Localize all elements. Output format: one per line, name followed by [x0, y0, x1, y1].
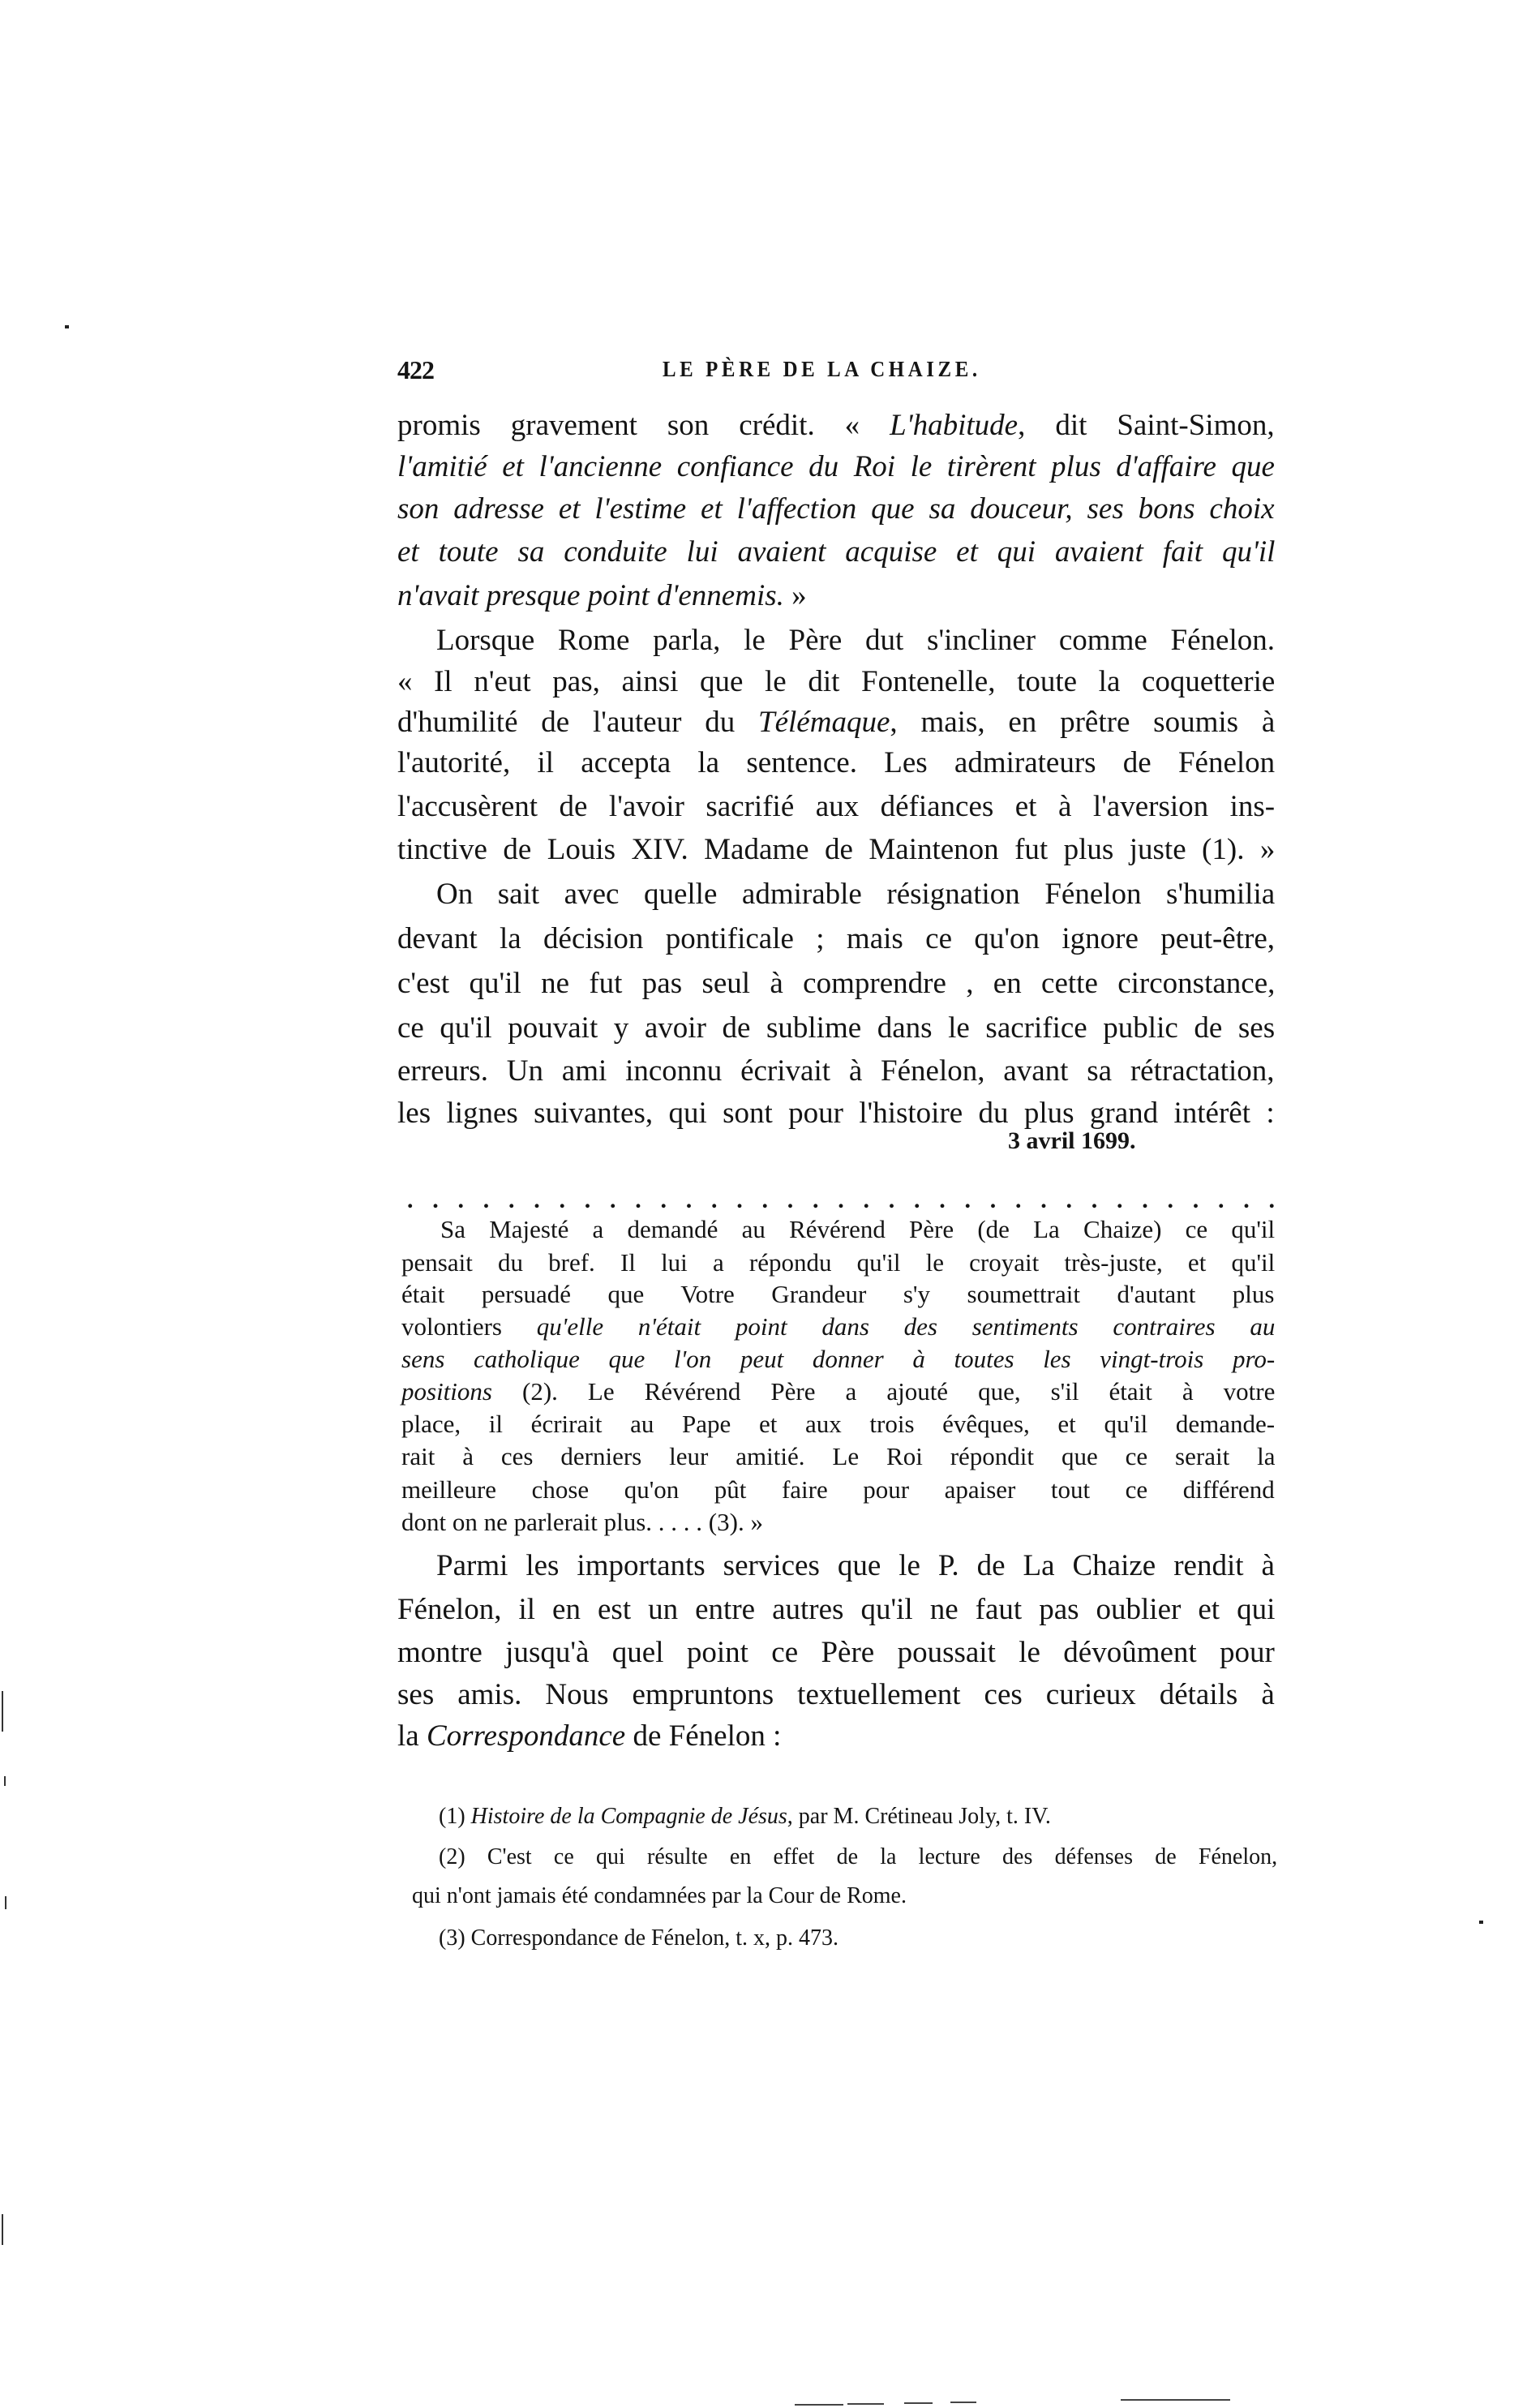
text: place, il écrirait au Pape et aux trois …: [401, 1410, 1275, 1438]
letter-date: 3 avril 1699.: [1008, 1126, 1136, 1157]
margin-mark: [2, 2214, 3, 2245]
text: promis gravement son crédit. «: [397, 409, 890, 442]
italic-text: qu'elle n'était point dans des sentiment…: [537, 1312, 1276, 1341]
letter-line-9: meilleure chose qu'on pût faire pour apa…: [401, 1474, 1275, 1505]
text: (2). Le Révérend Père a ajouté que, s'il…: [492, 1377, 1275, 1406]
text: « Il n'eut pas, ainsi que le dit Fontene…: [397, 665, 1275, 698]
text: ses amis. Nous empruntons textuellement …: [397, 1678, 1275, 1711]
bottom-edge-mark: [795, 2404, 843, 2406]
text: Fénelon, il en est un entre autres qu'il…: [397, 1593, 1275, 1626]
p2-line-2: « Il n'eut pas, ainsi que le dit Fontene…: [397, 663, 1275, 701]
p4-line-3: montre jusqu'à quel point ce Père poussa…: [397, 1634, 1275, 1672]
text: , mais, en prêtre soumis à: [890, 706, 1275, 739]
margin-mark: [4, 1776, 6, 1786]
text: dont on ne parlerait plus. . . . . (3). …: [401, 1508, 763, 1536]
p3-line-6: les lignes suivantes, qui sont pour l'hi…: [397, 1095, 1275, 1132]
ellipsis-row: . . . . . . . . . . . . . . . . . . . . …: [407, 1192, 1275, 1208]
page-number: 422: [397, 355, 434, 385]
text: , dit Saint-Simon,: [1018, 409, 1275, 442]
text: rait à ces derniers leur amitié. Le Roi …: [401, 1442, 1275, 1470]
letter-line-3: était persuadé que Votre Grandeur s'y so…: [401, 1279, 1275, 1310]
p2-line-5: l'accusèrent de l'avoir sacrifié aux déf…: [397, 788, 1275, 826]
p3-line-2: devant la décision pontificale ; mais ce…: [397, 921, 1275, 958]
text: Parmi les importants services que le P. …: [436, 1549, 1275, 1582]
p2-line-1: Lorsque Rome parla, le Père dut s'inclin…: [397, 622, 1275, 659]
italic-text: sens catholique que l'on peut donner à t…: [401, 1345, 1275, 1373]
text: ce qu'il pouvait y avoir de sublime dans…: [397, 1011, 1275, 1045]
running-title: LE PÈRE DE LA CHAIZE.: [663, 357, 981, 382]
p3-line-4: ce qu'il pouvait y avoir de sublime dans…: [397, 1010, 1275, 1047]
p3-line-5: erreurs. Un ami inconnu écrivait à Fénel…: [397, 1053, 1275, 1090]
footnote-2-line-2: qui n'ont jamais été condamnées par la C…: [412, 1882, 1142, 1911]
text: était persuadé que Votre Grandeur s'y so…: [401, 1280, 1275, 1308]
italic-text: n'avait presque point d'ennemis.: [397, 579, 784, 612]
text: d'humilité de l'auteur du: [397, 706, 758, 739]
italic-text: positions: [401, 1377, 492, 1406]
text: (1): [439, 1804, 471, 1829]
text: Sa Majesté a demandé au Révérend Père (d…: [440, 1215, 1275, 1243]
p2-line-3: d'humilité de l'auteur du Télémaque, mai…: [397, 704, 1275, 741]
italic-text: son adresse et l'estime et l'affection q…: [397, 492, 1275, 526]
running-head: 422 LE PÈRE DE LA CHAIZE.: [397, 355, 1275, 383]
p2-line-4: l'autorité, il accepta la sentence. Les …: [397, 745, 1275, 782]
p1-line-5: n'avait presque point d'ennemis. »: [397, 577, 1275, 615]
scan-speck: [65, 325, 69, 328]
italic-text: Télémaque: [758, 706, 890, 739]
margin-mark: [5, 1896, 6, 1909]
p4-line-5: la Correspondance de Fénelon :: [397, 1718, 1275, 1755]
italic-text: L'habitude: [890, 409, 1018, 442]
letter-line-1: Sa Majesté a demandé au Révérend Père (d…: [401, 1214, 1275, 1245]
footnote-3: (3) Correspondance de Fénelon, t. x, p. …: [397, 1924, 1233, 1953]
text: l'autorité, il accepta la sentence. Les …: [397, 746, 1275, 779]
text: On sait avec quelle admirable résignatio…: [436, 878, 1275, 911]
p3-line-3: c'est qu'il ne fut pas seul à comprendre…: [397, 965, 1275, 1002]
text: devant la décision pontificale ; mais ce…: [397, 922, 1275, 955]
letter-line-6: positions (2). Le Révérend Père a ajouté…: [401, 1376, 1275, 1407]
scan-speck: [1479, 1921, 1483, 1924]
text: les lignes suivantes, qui sont pour l'hi…: [397, 1097, 1275, 1130]
p2-line-6: tinctive de Louis XIV. Madame de Mainten…: [397, 831, 1275, 869]
text: l'accusèrent de l'avoir sacrifié aux déf…: [397, 790, 1275, 823]
text: montre jusqu'à quel point ce Père poussa…: [397, 1636, 1275, 1669]
p4-line-2: Fénelon, il en est un entre autres qu'il…: [397, 1591, 1275, 1629]
italic-text: Histoire de la Compagnie de Jésus: [471, 1804, 787, 1829]
letter-line-5: sens catholique que l'on peut donner à t…: [401, 1344, 1275, 1375]
italic-text: l'amitié et l'ancienne confiance du Roi …: [397, 450, 1275, 483]
p1-line-4: et toute sa conduite lui avaient acquise…: [397, 534, 1275, 571]
footnote-1: (1) Histoire de la Compagnie de Jésus, p…: [397, 1802, 1233, 1831]
p4-line-4: ses amis. Nous empruntons textuellement …: [397, 1676, 1275, 1714]
p1-line-2: l'amitié et l'ancienne confiance du Roi …: [397, 449, 1275, 486]
text: pensait du bref. Il lui a répondu qu'il …: [401, 1248, 1275, 1277]
text: de Fénelon :: [625, 1719, 781, 1753]
margin-mark: [2, 1691, 3, 1732]
letter-line-8: rait à ces derniers leur amitié. Le Roi …: [401, 1441, 1275, 1472]
text: (3) Correspondance de Fénelon, t. x, p. …: [439, 1925, 838, 1951]
text: c'est qu'il ne fut pas seul à comprendre…: [397, 967, 1275, 1000]
p3-line-1: On sait avec quelle admirable résignatio…: [397, 876, 1275, 913]
text: erreurs. Un ami inconnu écrivait à Fénel…: [397, 1054, 1275, 1088]
footnote-2-line-1: (2) C'est ce qui résulte en effet de la …: [397, 1843, 1277, 1872]
text: tinctive de Louis XIV. Madame de Mainten…: [397, 833, 1275, 866]
text: qui n'ont jamais été condamnées par la C…: [412, 1883, 907, 1908]
letter-line-10: dont on ne parlerait plus. . . . . (3). …: [401, 1507, 1275, 1538]
text: la: [397, 1719, 427, 1753]
bottom-edge-mark: [950, 2402, 976, 2403]
p4-line-1: Parmi les importants services que le P. …: [397, 1547, 1275, 1585]
bottom-edge-mark: [1121, 2399, 1230, 2401]
italic-text: Correspondance: [427, 1719, 625, 1753]
text: meilleure chose qu'on pût faire pour apa…: [401, 1475, 1275, 1504]
text: »: [784, 579, 807, 612]
book-page: 422 LE PÈRE DE LA CHAIZE. promis graveme…: [0, 0, 1514, 2408]
italic-text: et toute sa conduite lui avaient acquise…: [397, 535, 1275, 569]
letter-line-4: volontiers qu'elle n'était point dans de…: [401, 1311, 1275, 1342]
text: , par M. Crétineau Joly, t. IV.: [787, 1804, 1051, 1829]
text: volontiers: [401, 1312, 537, 1341]
text: (2) C'est ce qui résulte en effet de la …: [439, 1844, 1277, 1869]
letter-line-7: place, il écrirait au Pape et aux trois …: [401, 1409, 1275, 1440]
letter-line-2: pensait du bref. Il lui a répondu qu'il …: [401, 1247, 1275, 1278]
p1-line-1: promis gravement son crédit. « L'habitud…: [397, 407, 1275, 444]
text: Lorsque Rome parla, le Père dut s'inclin…: [436, 624, 1275, 657]
bottom-edge-mark: [847, 2403, 884, 2405]
p1-line-3: son adresse et l'estime et l'affection q…: [397, 491, 1275, 528]
bottom-edge-mark: [904, 2402, 933, 2404]
